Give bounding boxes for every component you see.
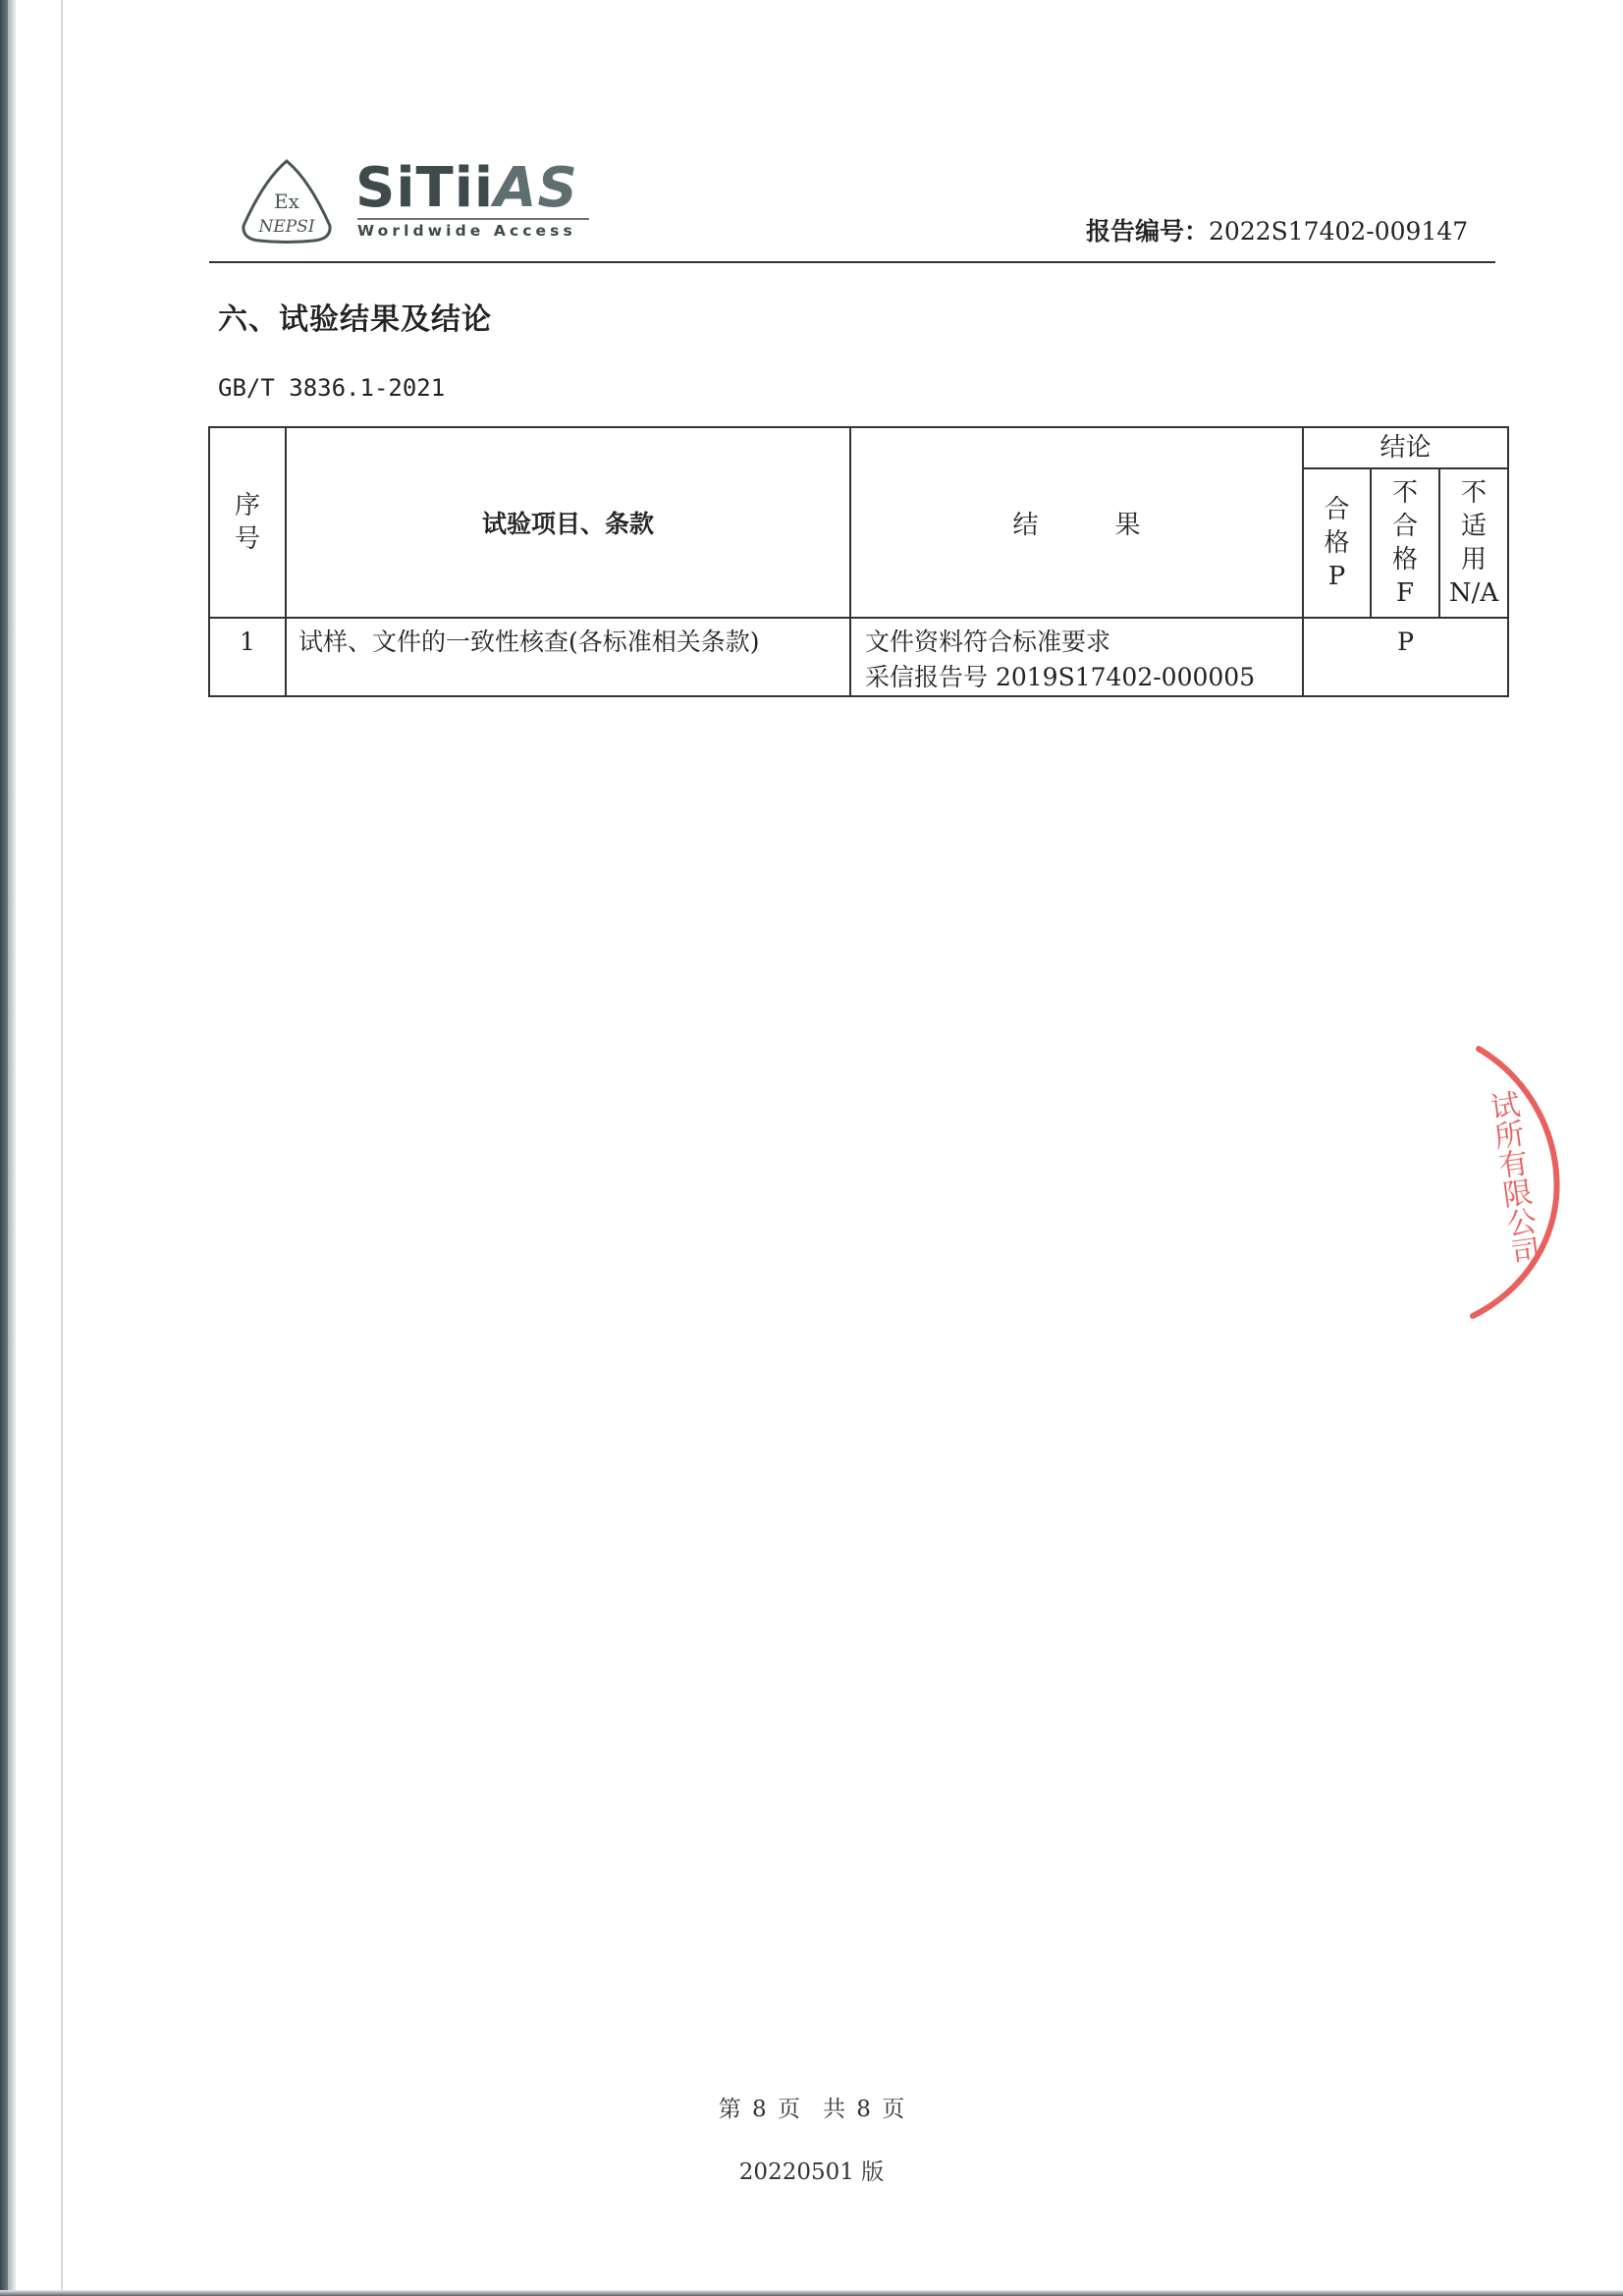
header-result: 结 果 [850,427,1303,618]
scan-bottom-shadow [0,2290,1623,2296]
results-table: 序号 试验项目、条款 结 果 结论 合格P 不合格F 不适用N/A 1 试样、文… [208,426,1509,697]
nepsi-ex-logo-icon: Ex NEPSI [238,157,336,246]
scan-edge-shadow [0,0,8,2296]
section-title: 六、试验结果及结论 [218,295,492,338]
header-conclusion: 结论 [1303,427,1508,468]
row-conclusion: P [1303,618,1508,696]
header-fail: 不合格F [1371,468,1439,618]
company-seal-stamp: 试所有限公司 [1414,1021,1591,1336]
row-seq: 1 [209,618,286,696]
standard-reference: GB/T 3836.1-2021 [218,374,445,402]
header-not-applicable: 不适用N/A [1439,468,1508,618]
svg-text:试所有限公司: 试所有限公司 [1483,1088,1542,1268]
form-version: 20220501 版 [0,2154,1623,2186]
logo-tagline: Worldwide Access [357,222,576,240]
svg-text:Ex: Ex [274,190,300,213]
header-seq: 序号 [209,427,286,618]
row-test-item: 试样、文件的一致性核查(各标准相关条款) [286,618,850,696]
svg-text:NEPSI: NEPSI [257,217,314,237]
logo-underline [357,218,589,220]
page-fold-line [61,0,63,2296]
header-divider [209,261,1495,263]
page-number: 第 8 页 共 8 页 [0,2091,1623,2123]
report-number-value: 2022S17402-009147 [1209,217,1468,246]
header-test-item: 试验项目、条款 [286,427,850,618]
report-number-label: 报告编号： [1086,217,1209,246]
table-row: 1 试样、文件的一致性核查(各标准相关条款) 文件资料符合标准要求采信报告号 2… [209,618,1508,696]
scan-edge-highlight [8,0,16,2296]
sitiias-logo-wordmark: SiTiiAS [355,161,578,216]
row-result: 文件资料符合标准要求采信报告号 2019S17402-000005 [850,618,1303,696]
report-number: 报告编号：2022S17402-009147 [1086,212,1468,247]
header-pass: 合格P [1303,468,1371,618]
